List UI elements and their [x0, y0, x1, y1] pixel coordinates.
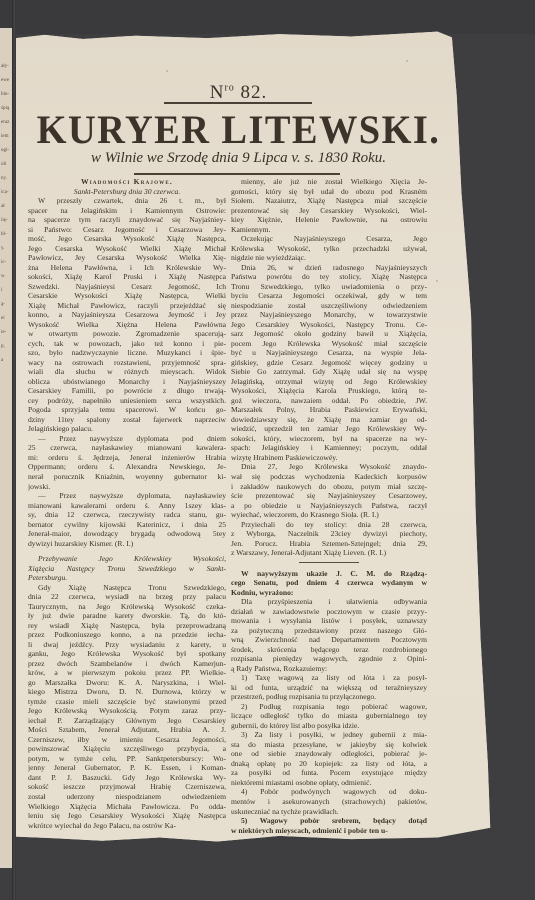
- text-line: Dnia 27, Jego Królewska Wysokość znaydo-: [231, 462, 427, 472]
- text-line: Cesarskie Wysokości Xiążę Następca, Wiel…: [28, 291, 226, 301]
- text-line: dnaką opłatę po 20 kopiejek: za listy od…: [231, 759, 427, 769]
- text-line: za pożyteczną przedstawiony przez naszeg…: [231, 626, 427, 636]
- decree-item-5: 5) Wagowy pobór srebrem, będący dotądw n…: [231, 816, 427, 835]
- newspaper-page: Nro 82. KURYER LITEWSKI. w Wilnie we Srz…: [16, 30, 495, 844]
- facing-page-fragment: iem: [1, 134, 9, 139]
- facing-page-fragment: p,: [1, 344, 5, 349]
- text-line: Jelagińskiego pałacu.: [28, 424, 226, 434]
- newspaper-title: KURYER LITEWSKI.: [25, 106, 452, 153]
- text-line: na spacerze tym raczyli znaydować się Na…: [28, 215, 226, 225]
- text-line: spach: Jelagińskiey i Kamienney; poczym,…: [231, 443, 427, 453]
- article-paragraph: W przeszły czwartek, dnia 26 t. m., byłs…: [28, 196, 226, 434]
- text-line: z Wyborga, Naczelnik 23ciey dywizyi piec…: [231, 529, 427, 539]
- facing-page-fragment: śpią: [1, 106, 9, 111]
- article-column-left: Wiadomości Krajowe. Sankt-Petersburg dni…: [28, 177, 226, 830]
- text-line: ą Rady Państwa, Rozkazuiemy:: [231, 664, 427, 674]
- text-line: Mości Sztabem, Jenerał Adjutant, Hrabia …: [28, 725, 226, 735]
- text-line: dnia 22 czerwca, wysiadł na brzeg przy p…: [28, 592, 226, 602]
- text-line: W naywyższym ukazie J. C. M. do Rządzą-: [231, 569, 427, 579]
- text-line: bernator cywilny kijowski Katerinicz, i …: [28, 520, 226, 530]
- section-heading: Wiadomości Krajowe.: [28, 177, 226, 187]
- text-line: rey wsiadł Xiążę Następca, była przeprow…: [28, 621, 226, 631]
- text-line: sokości, Xiążę Karol Pruski i Xiążę Nast…: [28, 272, 226, 282]
- text-line: przez Nayjaśnieyszego Monarchy, w towarz…: [231, 310, 427, 320]
- issue-number: Nro 82.: [16, 82, 461, 104]
- article-paragraph: mienny, ale już nie został Wielkiego Xię…: [231, 177, 427, 234]
- text-line: Państwa powrótu do tey stolicy, Xiążę Na…: [231, 272, 427, 282]
- text-line: Dnia 26, w dzień radosnego Nayjaśnieyszy…: [231, 263, 427, 273]
- text-line: Szwedzki. Nayjaśnieysi Cesarz Jegomość, …: [28, 282, 226, 292]
- decree-item-1: 1) Taxę wagową za listy od łóta i za pos…: [231, 673, 427, 702]
- article-column-right: mienny, ale już nie został Wielkiego Xię…: [231, 177, 427, 835]
- text-line: w niektórych mieyscach, odmienić i pobór…: [231, 826, 427, 836]
- text-line: i zakładów naukowych do obozu, potym mia…: [231, 482, 427, 492]
- text-line: byciu Cesarza Jegomości oczekiwał, gdy w…: [231, 291, 427, 301]
- decree-item-4: 4) Pobór podwóynych wagowych od doku-men…: [231, 787, 427, 816]
- text-line: Jen. Porucz. Hrabia Sztemen-Sztejngel; d…: [231, 539, 427, 549]
- text-line: 3) Za listy i posyłki, w jedney gubernii…: [231, 730, 427, 740]
- article-paragraph: — Przez naywyższe dyplomata, nayłaskawie…: [28, 491, 226, 548]
- text-line: Pogoda sprzyjała temu spacerowi. W końcu…: [28, 405, 226, 415]
- text-line: Kamiennym.: [231, 225, 427, 235]
- decree-item-3: 3) Za listy i posyłki, w jedney gubernii…: [231, 730, 427, 787]
- text-line: — Przez naywyższe dyplomata pod dniem: [28, 434, 226, 444]
- text-line: konno, a Nayjaśnieysza Cesarzowa Jeymość…: [28, 310, 226, 320]
- facing-page-fragment: w: [1, 274, 5, 279]
- facing-page-fragment: eraz: [1, 120, 9, 125]
- text-line: sarz Jegomość około godziny bawił u Xiąż…: [231, 329, 427, 339]
- text-line: z Warszawy, Jenerał-Adjutant Xiążę Lieve…: [231, 548, 427, 558]
- text-line: być u Nayjaśnieyszego Cesarza, na wyspie…: [231, 348, 427, 358]
- text-line: Wysokości, Xiążęcia Karola Pruskiego, kt…: [231, 386, 427, 396]
- text-line: spacer na Jelagińskim i Kamiennym Ostrow…: [28, 206, 226, 216]
- text-line: powinszować Xiążęciu szczęśliwego przyby…: [28, 744, 226, 754]
- text-line: 5) Wagowy pobór srebrem, będący dotąd: [231, 816, 427, 826]
- text-line: Przebywanie Jego Królewskiey Wysokości,: [28, 554, 226, 564]
- binding-gutter: [12, 0, 16, 900]
- text-line: w otwartym powozie. Zgromadzenie spaceru…: [28, 329, 226, 339]
- text-line: mianowani kawalerami orderu ś. Anny 1sze…: [28, 501, 226, 511]
- facing-page-fragment: ic-: [1, 260, 6, 265]
- facing-page-fragment: oli: [1, 162, 6, 167]
- facing-page-fragment: ały-: [1, 64, 9, 69]
- text-line: wiedzić, uprzedził ten zamiar Jego Króle…: [231, 424, 427, 434]
- text-line: przestrzeń, podług rozpisania tu przyłąc…: [231, 692, 427, 702]
- article-subheading: Przebywanie Jego Królewskiey Wysokości,X…: [28, 554, 226, 583]
- paper-speck: [166, 70, 168, 72]
- text-line: kiey Xiężnie, Helenie Pawłownie, na ostr…: [231, 215, 427, 225]
- facing-page-fragment: iię-: [1, 218, 8, 223]
- text-line: wacy na ostrowach rozstawieni, przyjemno…: [28, 358, 226, 368]
- text-line: Wielkiego Xiążęcia Michała Pawłowicza. P…: [28, 802, 226, 812]
- text-line: ście prezentować się Nayjaśnieyszey Cesa…: [231, 491, 427, 501]
- text-line: gubernii, do którey list albo posyłka id…: [231, 721, 427, 731]
- text-line: cych, tak w powozach, jako też konno i p…: [28, 339, 226, 349]
- text-line: 1) Taxę wagową za listy od łóta i za pos…: [231, 673, 427, 683]
- facing-page-fragment: i: [1, 288, 2, 293]
- text-line: sy, dnia 12 czerwca, rzeczywisty radca s…: [28, 510, 226, 520]
- text-line: Królewska Wysokość, tylko przechadzki uż…: [231, 244, 427, 254]
- text-line: Gdy Xiążę Następca Tronu Szwedzkiego,: [28, 583, 226, 593]
- text-line: sta do miasta przesyłane, w jakieyby się…: [231, 740, 427, 750]
- text-line: Tronu Szwedzkiego, tylko uwiadomienia o …: [231, 282, 427, 292]
- text-line: cey podróży, napełniło uniesieniem serca…: [28, 396, 226, 406]
- text-line: Siołem. Nazaiutrz, Xiążę Następca miał s…: [231, 196, 427, 206]
- facing-page-fragment: ei: [1, 316, 5, 321]
- text-line: Jego Królewską Wysokością. Potym zaraz p…: [28, 706, 226, 716]
- facing-page-fragment: ą-: [1, 302, 5, 307]
- text-line: 2) Podług rozpisania tego pobierać wagow…: [231, 702, 427, 712]
- text-line: go Marszałka Dworu: K. A. Naryszkina, i …: [28, 678, 226, 688]
- text-line: żna Helena Pawłówna, i Ich Królewskie Wy…: [28, 263, 226, 273]
- text-line: si Państwo: Cesarz Jegomość i Cesarzowa …: [28, 225, 226, 235]
- scan-background-top: [0, 0, 535, 34]
- text-line: liczące odległość tylko do miasta gubern…: [231, 711, 427, 721]
- article-paragraph: Dnia 27, Jego Królewska Wysokość znaydo-…: [231, 462, 427, 519]
- text-line: wyiechać, wieczorem, do Krasnego Sioła. …: [231, 510, 427, 520]
- article-paragraph: Gdy Xiążę Następca Tronu Szwedzkiego,dni…: [28, 583, 226, 830]
- text-line: kiego Mistrza Dworu, D. N. Durnowa, któr…: [28, 687, 226, 697]
- text-line: one od siebie znaydowały odległości, pob…: [231, 749, 427, 759]
- facing-page-fragment: a: [1, 358, 3, 363]
- text-line: dant P. J. Baszucki. Gdy Jego Królewska …: [28, 773, 226, 783]
- facing-page-fragment: ny.: [1, 176, 7, 181]
- text-line: za posyłki od funta. Pocem exystujące mi…: [231, 768, 427, 778]
- text-line: uskuteczniać na tychże prawidłach.: [231, 807, 427, 817]
- text-line: li dwaj jeźdźcy. Przy wysiadaniu z karet…: [28, 640, 226, 650]
- text-line: goż wieczora, nawzaiem oddał. Po obiedzi…: [231, 396, 427, 406]
- text-line: Jenerał-maior, dowodzący brygadą odwodow…: [28, 529, 226, 539]
- article-paragraph: Przyiechali do tey stolicy: dnia 28 czer…: [231, 520, 427, 558]
- issue-number-sup: ro: [224, 83, 234, 94]
- text-line: przez dwóch Szambelanów i dwóch Kamerjun…: [28, 659, 226, 669]
- text-line: nerał porucznik Kniaźnin, woyenny gubern…: [28, 472, 226, 482]
- text-line: Dla przyśpieszenia i ułatwienia odbywani…: [231, 597, 427, 607]
- text-line: sokość ieszcze przyjmował Hrabię Czernis…: [28, 782, 226, 792]
- text-line: gomości, który się był udał do obozu pod…: [231, 187, 427, 197]
- facing-page-fragment: ica-: [1, 190, 9, 195]
- text-line: Jego Cesarskiey Wysokości, Następcy Tron…: [231, 320, 427, 330]
- issue-number-prefix: N: [210, 82, 225, 103]
- text-line: ły już dwie paradne karety dworskie. Tą,…: [28, 611, 226, 621]
- text-line: dziny 11tey spalony został fajerwerk nap…: [28, 415, 226, 425]
- text-line: leniu się Jego Cesarskiey Wysokości Xiąż…: [28, 811, 226, 821]
- decree-intro: W naywyższym ukazie J. C. M. do Rządzą-c…: [231, 569, 427, 598]
- facing-page-fragment: ogi-: [1, 148, 9, 153]
- text-line: jenny Jenerał Gubernator, P. K. Essen, i…: [28, 763, 226, 773]
- text-line: Xiążę Michał Pawłowicz, raczyli przejeżd…: [28, 301, 226, 311]
- text-line: wiali dla słuchu w różnych mieyscach. Wi…: [28, 367, 226, 377]
- masthead-rule-top: [164, 102, 312, 104]
- text-line: pocem Jego Królewska Wysokość miał szczę…: [231, 339, 427, 349]
- text-line: działań w zawiadowstwie pocztowym w czas…: [231, 607, 427, 617]
- decree-item-2: 2) Podług rozpisania tego pobierać wagow…: [231, 702, 427, 731]
- text-line: Oppermann; orderu ś. Alexandra Newskiego…: [28, 462, 226, 472]
- text-line: mienny, ale już nie został Wielkiego Xię…: [231, 177, 427, 187]
- text-line: środek, skrócenia będącego teraz rozdrob…: [231, 645, 427, 655]
- facing-page-fragment: ał: [1, 204, 5, 209]
- text-line: nigdzie nie wyieżdżaiąc.: [231, 253, 427, 263]
- text-line: 25 czerwca, nayłaskawiey mianowani kawal…: [28, 443, 226, 453]
- text-line: dowiedziawszy się, że Xiążę ma zamiar go…: [231, 415, 427, 425]
- text-line: gińskiey, gdzie Cesarz Jegomość więcey g…: [231, 358, 427, 368]
- text-line: Xiążęcia Następcy Tronu Szwedzkiego w Sa…: [28, 564, 226, 574]
- text-line: Czerniszew, iłby w imieniu Cesarza Jegom…: [28, 735, 226, 745]
- issue-dateline: w Wilnie we Srzodę dnia 9 Lipca v. s. 18…: [16, 150, 461, 167]
- article-paragraph: Dnia 26, w dzień radosnego Nayjaśnieyszy…: [231, 263, 427, 463]
- text-line: a po obiedzie u Nayjaśnieyszych Państwa,…: [231, 501, 427, 511]
- text-line: przez Podkoniuszego konno, a na przedzie…: [28, 630, 226, 640]
- article-paragraph: — Przez naywyższe dyplomata pod dniem25 …: [28, 434, 226, 491]
- text-line: 4) Pobór podwóynych wagowych od doku-: [231, 787, 427, 797]
- text-line: niespodzianie został uszczęśliwiony odwi…: [231, 301, 427, 311]
- text-line: mi: orderu ś. Jędrzeja, Jenerał inżenier…: [28, 453, 226, 463]
- text-line: iechał P. Zarządzający Głównym Jego Cesa…: [28, 716, 226, 726]
- paper-speck: [436, 280, 438, 282]
- article-dateline: Sankt-Petersburg dnia 30 czerwca.: [28, 187, 226, 197]
- text-line: Siebie Go zatrzymał. Gdy Xiążę udał się …: [231, 367, 427, 377]
- facing-page-fragment: blo-: [1, 92, 9, 97]
- text-line: tymże czasie mieli szczęście być stawion…: [28, 697, 226, 707]
- text-line: dywizyi huzarskiey Kismer. (R. I.): [28, 539, 226, 549]
- facing-page-fragment: ewe: [1, 78, 9, 83]
- article-paragraph: Oczekując Nayjaśnieyszego Cesarza, JegoK…: [231, 234, 427, 263]
- issue-number-value: 82.: [241, 82, 268, 103]
- text-line: wkrótce wyiechał do Jego Pałacu, na ostr…: [28, 821, 226, 831]
- text-line: oblicza ubóstwianego Monarchy i Nayjaśni…: [28, 377, 226, 387]
- text-line: krów, a w pierwszym pokoiu przez PP. Wie…: [28, 668, 226, 678]
- text-line: ganku, Jego Królewska Wysokość był spotk…: [28, 649, 226, 659]
- facing-page-fragment: bl-: [1, 232, 7, 237]
- text-line: Przyiechali do tey stolicy: dnia 28 czer…: [231, 520, 427, 530]
- text-line: potym, w tymże celu, PP. Sanktpetersburs…: [28, 754, 226, 764]
- section-divider: [299, 562, 359, 563]
- text-line: Cesarskiey Familii, po powrócie z długo …: [28, 386, 226, 396]
- text-line: szo, było nadzwyczaynie liczne. Muzykanc…: [28, 348, 226, 358]
- text-line: Pawłowicz, Jey Cesarska Wysokość Wielka …: [28, 253, 226, 263]
- text-line: wizytę Hrabinem Paskiewiczowéy.: [231, 453, 427, 463]
- text-line: prezentować się Jey Cesarskiey Wysokości…: [231, 206, 427, 216]
- facing-page-fragment: y.: [1, 246, 4, 251]
- text-line: został uderzony niespodzianem odwiedzeni…: [28, 792, 226, 802]
- text-line: Jego Cesarska Wysokość Wielki Xiążę Mich…: [28, 244, 226, 254]
- masthead-rule-bottom: [134, 173, 340, 175]
- text-line: Oczekując Nayjaśnieyszego Cesarza, Jego: [231, 234, 427, 244]
- text-line: ki od funta, urządzić na większą od tera…: [231, 683, 427, 693]
- text-line: wał się podczas wychodzenia Kadeckich ko…: [231, 472, 427, 482]
- text-line: Marszałek Polny, Hrabia Paskiewicz Erywa…: [231, 405, 427, 415]
- paper-speck: [406, 60, 408, 62]
- text-line: niektóremi miastami osobne opłaty, odmie…: [231, 778, 427, 788]
- text-line: sokości, który, wieczorem, był na spacer…: [231, 434, 427, 444]
- text-line: mentów i asekurowanych (strachowych) pak…: [231, 797, 427, 807]
- text-line: Petersburgu.: [28, 573, 226, 583]
- text-line: wną Zwierzchność nad Departamentem Poczt…: [231, 635, 427, 645]
- text-line: W przeszły czwartek, dnia 26 t. m., był: [28, 196, 226, 206]
- text-line: cego Senatu, pod dniem 4 czerwca wydanym…: [231, 578, 427, 588]
- text-line: rozpisania pieniędzy wagowych, zgodnie z…: [231, 654, 427, 664]
- text-line: mość, Jego Cesarska Wysokość Xiążę Nastę…: [28, 234, 226, 244]
- facing-page-fragment: ie-: [1, 330, 6, 335]
- text-line: Wysokość Wielka Xiężna Helena Pawłówna: [28, 320, 226, 330]
- article-paragraph: Dla przyśpieszenia i ułatwienia odbywani…: [231, 597, 427, 673]
- text-line: — Przez naywyższe dyplomata, nayłaskawie…: [28, 491, 226, 501]
- text-line: mowania i wysyłania listów i posyłek, uz…: [231, 616, 427, 626]
- text-line: Jelagińską, otrzymał wizytę od Jego Król…: [231, 377, 427, 387]
- text-line: Taurycznym, na Jego Królewską Wysokość c…: [28, 602, 226, 612]
- text-line: jowski.: [28, 482, 226, 492]
- text-line: Kodniu, wyrażono:: [231, 588, 427, 598]
